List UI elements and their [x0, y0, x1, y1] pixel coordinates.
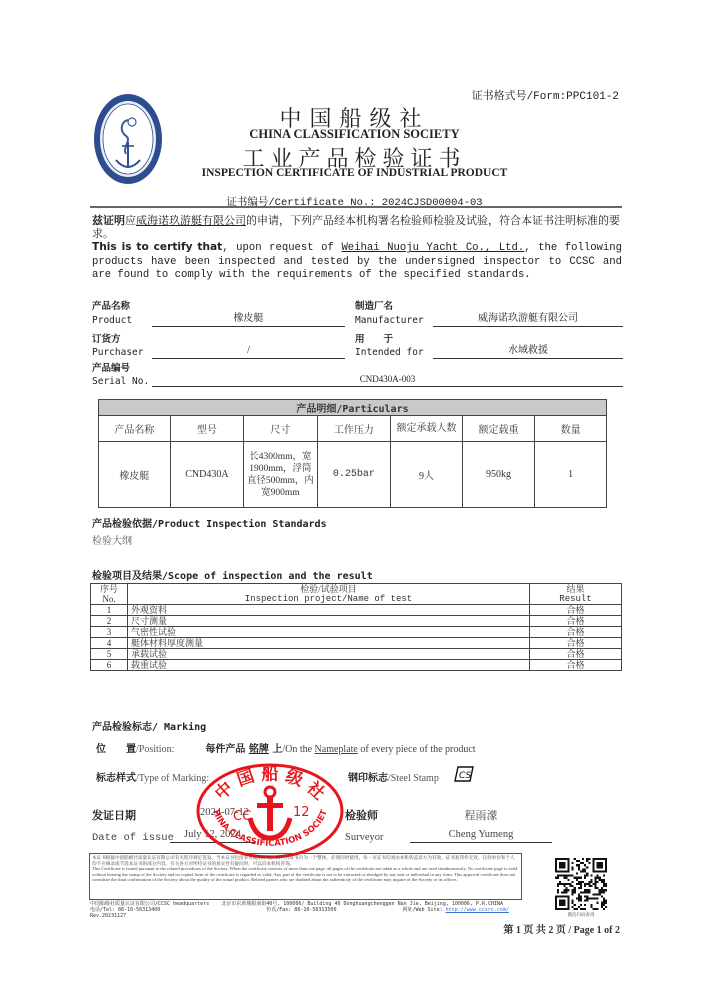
fine-print: 本证书根据中国船级社质量认证有限公司有关程序规定签发。当本证书包括多页或附件时，… — [89, 853, 522, 900]
footer-web-link[interactable]: http://www.ccsrc.com/ — [446, 907, 509, 913]
standards-title: 产品检验依据/Product Inspection Standards — [92, 515, 327, 530]
col-header: 工作压力 — [317, 416, 390, 442]
serial-label-cn: 产品编号 — [92, 360, 130, 374]
footer-web-label: 网址/Web Site: — [403, 907, 443, 913]
table-row: 3气密性试验合格 — [91, 627, 622, 638]
steel-stamp: 钢印标志/Steel Stamp — [348, 769, 439, 784]
col-header: 数量 — [535, 416, 607, 442]
qr-code[interactable] — [555, 858, 607, 910]
anchor-icon — [250, 787, 290, 838]
col-header: 产品名称 — [99, 416, 171, 442]
product-label-cn: 产品名称 — [92, 298, 130, 312]
cell: 1 — [535, 442, 607, 508]
seal-left-text: CC — [233, 809, 251, 824]
serial-label-en: Serial No. — [92, 376, 149, 387]
scope-cell-no: 6 — [91, 660, 128, 671]
scope-cell-item: 外观资料 — [128, 605, 530, 616]
cell: 0.25bar — [317, 442, 390, 508]
doc-title-en: INSPECTION CERTIFICATE OF INDUSTRIAL PRO… — [0, 167, 709, 179]
surveyor-label-cn: 检验师 — [345, 807, 378, 823]
cell: 9人 — [391, 442, 463, 508]
scope-cell-no: 3 — [91, 627, 128, 638]
table-row: 1外观资料合格 — [91, 605, 622, 616]
col-header: 型号 — [170, 416, 244, 442]
result-header-cn: 结果 — [533, 584, 618, 594]
position-label-en: /Position: — [136, 744, 174, 755]
intro-lead-cn: 兹证明 — [92, 214, 125, 227]
marking-type: 标志样式/Type of Marking: — [96, 769, 209, 784]
scope-cell-item: 气密性试验 — [128, 627, 530, 638]
col-header: 尺寸 — [244, 416, 318, 442]
table-row: 6载重试验合格 — [91, 660, 622, 671]
cell: CND430A — [170, 442, 244, 508]
table-row: 4艇体材料厚度测量合格 — [91, 638, 622, 649]
scope-cell-no: 1 — [91, 605, 128, 616]
position-value-en: /On the Nameplate of every piece of the … — [282, 744, 475, 755]
surveyor-name-cn: 程雨濛 — [410, 807, 552, 823]
issue-date-label-cn: 发证日期 — [92, 807, 136, 823]
manufacturer-label-cn: 制造厂名 — [355, 298, 393, 312]
scope-header-row: 序号No. 检验/试验项目Inspection project/Name of … — [91, 584, 622, 605]
manufacturer-value: 威海诺玖游艇有限公司 — [433, 313, 623, 327]
result-header-en: Result — [533, 594, 618, 604]
fine-print-en: This Certificate is issued pursuant to t… — [92, 866, 519, 883]
cell: 950kg — [462, 442, 535, 508]
marking-position: 位 置/Position: 每件产品 铭牌 上/On the Nameplate… — [96, 740, 476, 755]
scope-cell-no: 4 — [91, 638, 128, 649]
surveyor-name-en: Cheng Yumeng — [410, 829, 552, 843]
scope-cell-result: 合格 — [530, 616, 622, 627]
issue-date-label-en: Date of issue — [92, 832, 174, 844]
page-indicator: 第 1 页 共 2 页 / Page 1 of 2 — [490, 921, 620, 936]
intro-pre-en: , upon request of — [222, 242, 341, 254]
cell: 橡皮艇 — [99, 442, 171, 508]
scope-cell-no: 2 — [91, 616, 128, 627]
scope-cell-item: 艇体材料厚度测量 — [128, 638, 530, 649]
certification-statement: 兹证明应威海诺玖游艇有限公司的申请，下列产品经本机构署名检验师检验及试验，符合本… — [92, 214, 622, 282]
scope-title: 检验项目及结果/Scope of inspection and the resu… — [92, 567, 373, 582]
table-row: 5承载试验合格 — [91, 649, 622, 660]
steel-label-en: /Steel Stamp — [388, 773, 439, 784]
footer-fax: 传真/Fax: 86-10-56313500 — [266, 907, 336, 913]
scope-cell-item: 载重试验 — [128, 660, 530, 671]
footer-revision: Rev.20231127 — [90, 913, 126, 919]
intro-lead-en: This is to certify that — [92, 241, 222, 253]
table-row: 橡皮艇 CND430A 长4300mm，宽1900mm，浮筒直径500mm，内宽… — [99, 442, 607, 508]
fine-print-cn: 本证书根据中国船级社质量认证有限公司有关程序规定签发。当本证书包括多页或附件时，… — [92, 855, 519, 866]
org-name-en: CHINA CLASSIFICATION SOCIETY — [0, 127, 709, 142]
standards-value: 检验大纲 — [92, 532, 132, 547]
intended-value: 水域救援 — [433, 345, 623, 359]
scope-cell-result: 合格 — [530, 605, 622, 616]
header-divider — [90, 206, 622, 208]
marking-title: 产品检验标志/ Marking — [92, 718, 206, 733]
table-row: 2尺寸测量合格 — [91, 616, 622, 627]
item-header-cn: 检验/试验项目 — [131, 584, 526, 594]
applicant-company-cn: 威海诺玖游艇有限公司 — [136, 215, 246, 227]
steel-label-cn: 钢印标志 — [348, 773, 388, 784]
scope-cell-item: 尺寸测量 — [128, 616, 530, 627]
scope-table: 序号No. 检验/试验项目Inspection project/Name of … — [90, 583, 622, 671]
col-header: 额定承载人数 — [391, 416, 463, 442]
position-label-cn: 位 置 — [96, 744, 136, 755]
item-header-en: Inspection project/Name of test — [131, 594, 526, 604]
purchaser-value: / — [152, 345, 345, 359]
particulars-header-row: 产品名称 型号 尺寸 工作压力 额定承载人数 额定载重 数量 — [99, 416, 607, 442]
col-header: 额定载重 — [462, 416, 535, 442]
scope-cell-result: 合格 — [530, 660, 622, 671]
ccs-steel-stamp-icon: CS — [453, 765, 475, 783]
footer-contact-line: 电话/Tel: 86-10-56313400 传真/Fax: 86-10-563… — [90, 907, 509, 913]
svg-text:CS: CS — [459, 771, 471, 781]
scope-cell-result: 合格 — [530, 649, 622, 660]
qr-caption: 微信扫码查询 — [555, 912, 607, 918]
serial-value: CND430A-003 — [152, 373, 623, 387]
intro-pre-cn: 应 — [125, 215, 136, 227]
scope-cell-result: 合格 — [530, 627, 622, 638]
ccs-red-seal: 中 国 船 级 社 CHINA CLASSIFICATION SOCIETY C… — [195, 762, 345, 860]
particulars-title: 产品明细/Particulars — [99, 400, 607, 416]
intended-label-en: Intended for — [355, 347, 424, 358]
type-label-cn: 标志样式 — [96, 773, 136, 784]
scope-cell-item: 承载试验 — [128, 649, 530, 660]
product-label-en: Product — [92, 315, 132, 326]
cell: 长4300mm，宽1900mm，浮筒直径500mm，内宽900mm — [244, 442, 318, 508]
surveyor-label-en: Surveyor — [345, 832, 384, 843]
scope-cell-no: 5 — [91, 649, 128, 660]
no-header-en: No. — [94, 594, 124, 604]
scope-cell-result: 合格 — [530, 638, 622, 649]
product-value: 橡皮艇 — [152, 313, 345, 327]
intended-label-cn: 用 于 — [355, 331, 393, 345]
applicant-company-en: Weihai Nuoju Yacht Co., Ltd. — [341, 242, 524, 254]
purchaser-label-cn: 订货方 — [92, 331, 121, 345]
manufacturer-label-en: Manufacturer — [355, 315, 424, 326]
position-value-cn: 每件产品 铭牌 上 — [205, 744, 282, 755]
purchaser-label-en: Purchaser — [92, 347, 143, 358]
seal-right-text: 12 — [293, 805, 310, 820]
particulars-table: 产品明细/Particulars 产品名称 型号 尺寸 工作压力 额定承载人数 … — [98, 399, 607, 508]
no-header-cn: 序号 — [94, 584, 124, 594]
form-number: 证书格式号/Form:PPC101-2 — [472, 87, 619, 103]
